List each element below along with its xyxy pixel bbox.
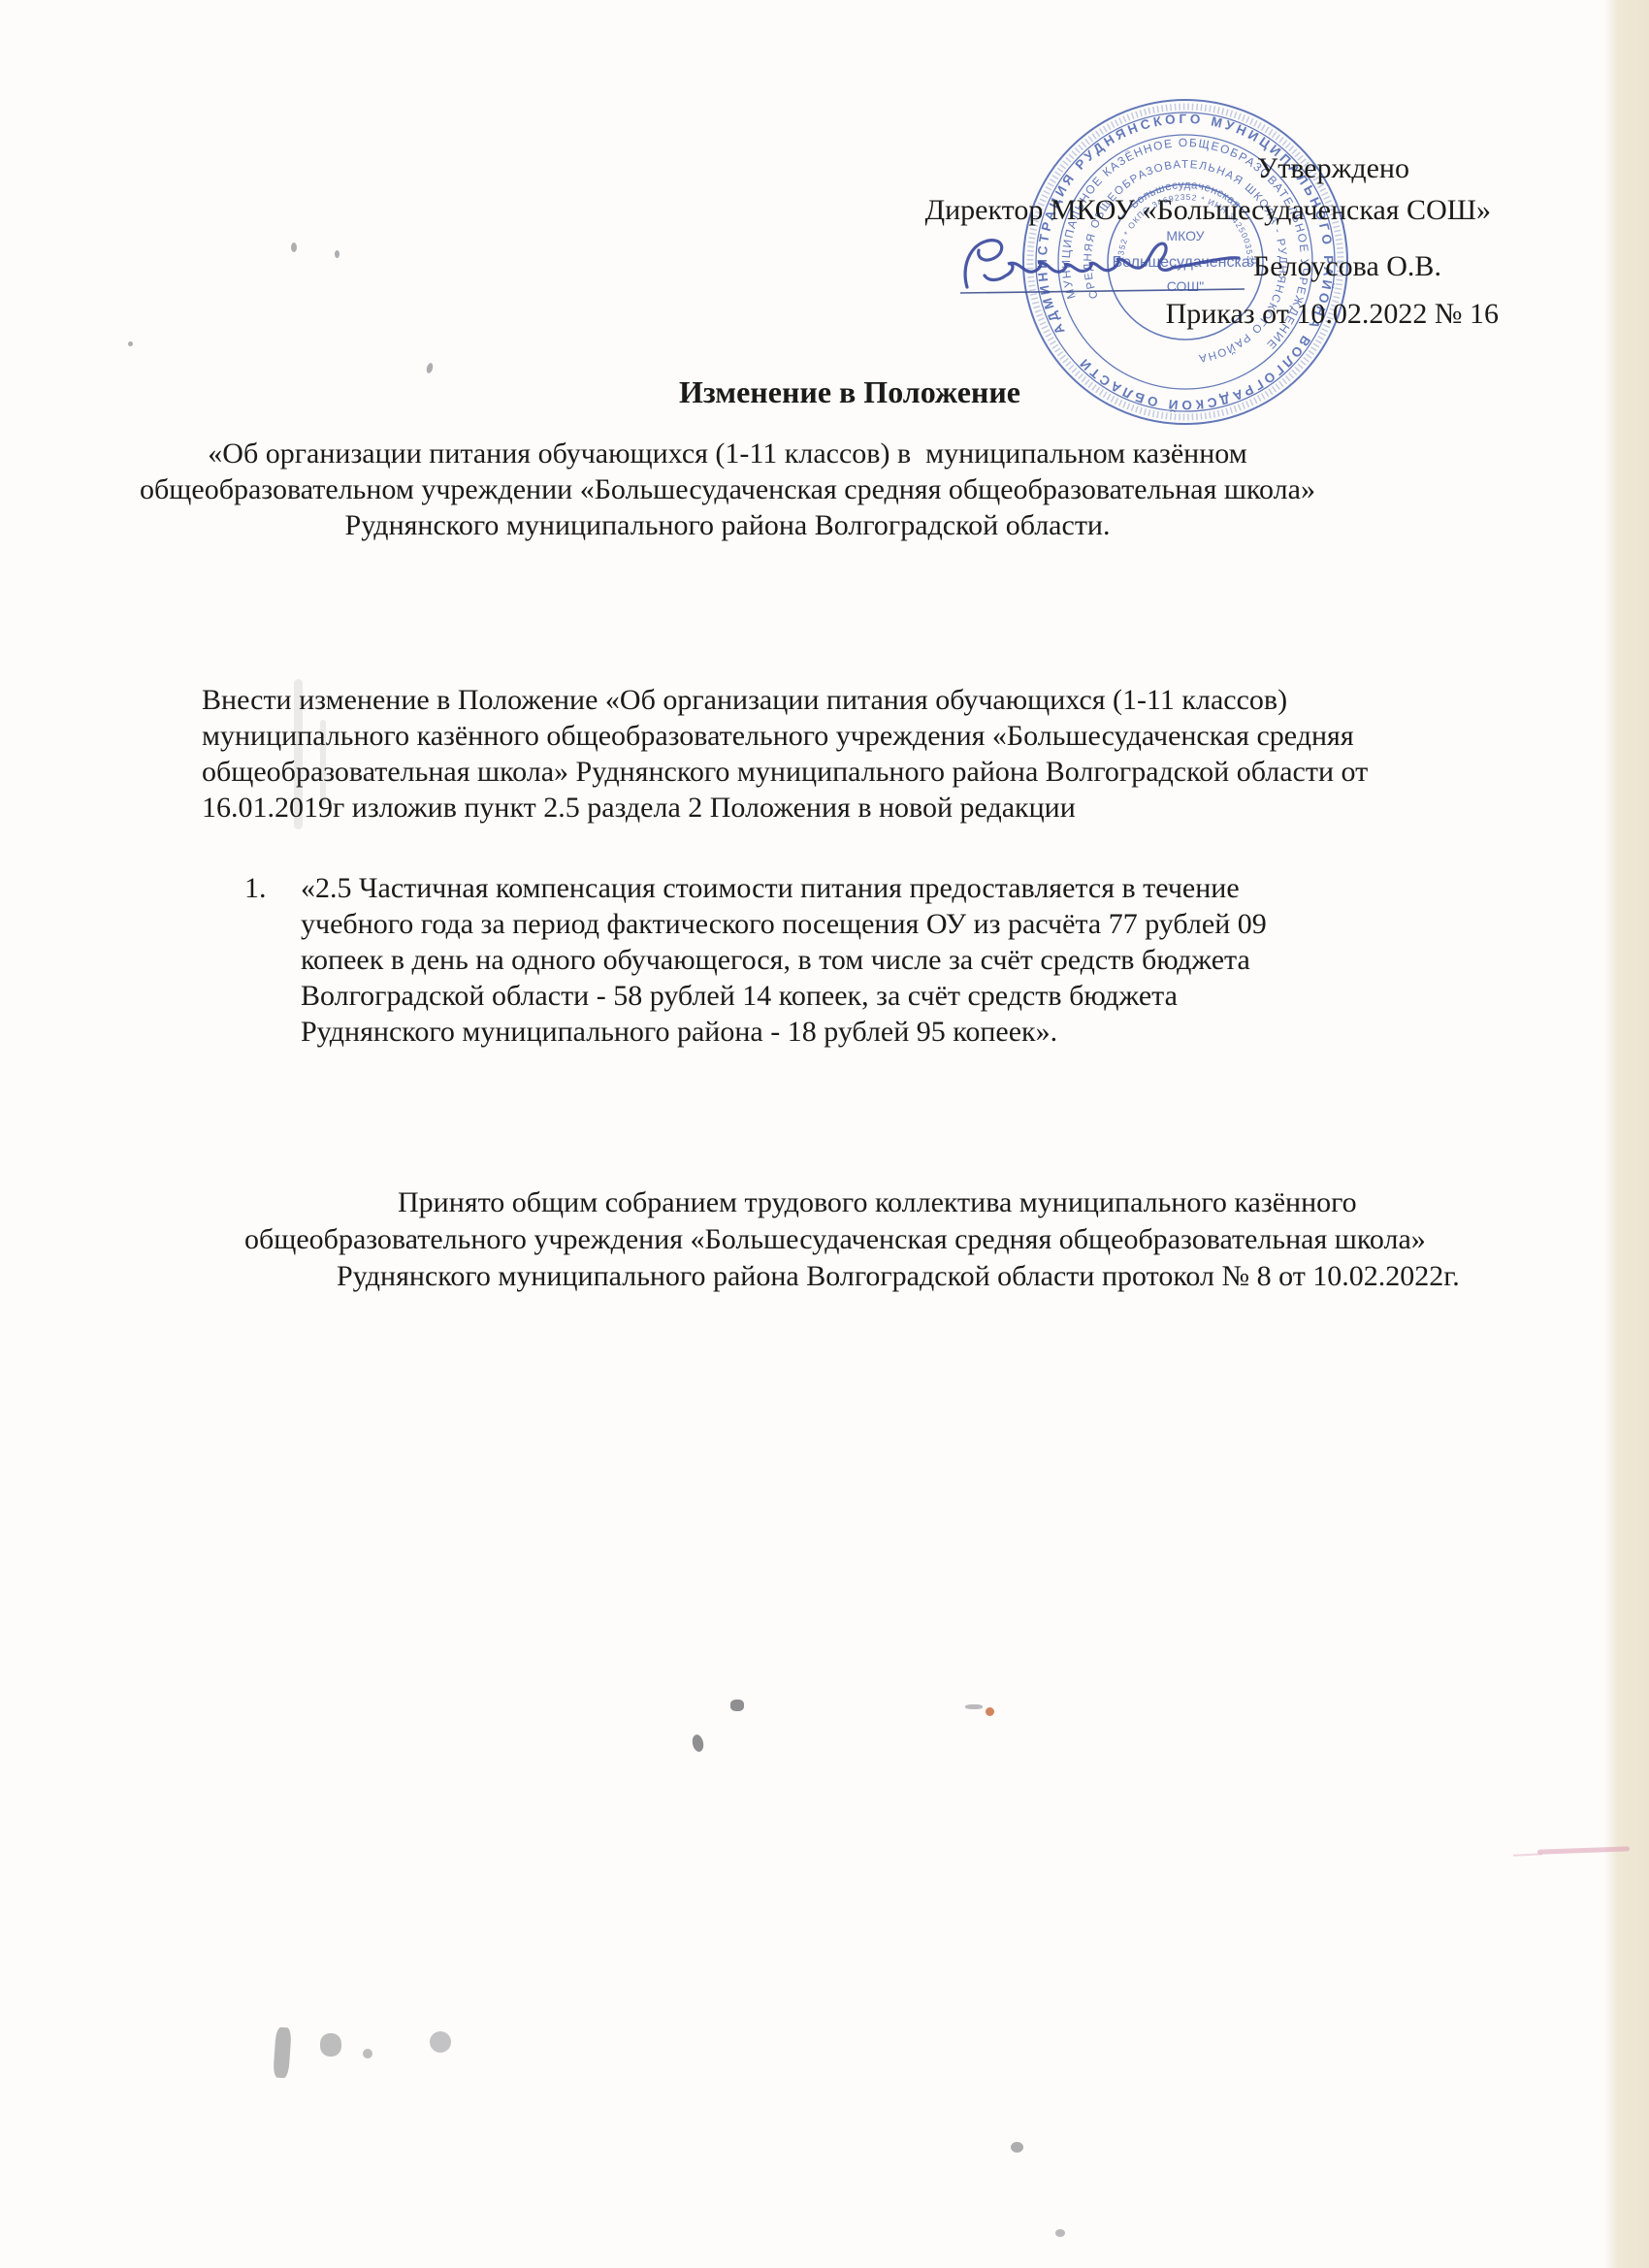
adoption-line: общеобразовательного учреждения «Большес… [244, 1222, 1426, 1257]
scan-speck [291, 243, 297, 252]
adoption-line: Принято общим собранием трудового коллек… [398, 1185, 1357, 1220]
scan-smudge [320, 2033, 341, 2057]
scan-speck [335, 250, 339, 258]
approved-label: Утверждено [1257, 151, 1409, 186]
scan-smudge [430, 2031, 451, 2053]
scan-speck [426, 362, 435, 373]
subtitle-line: Руднянского муниципального района Волгог… [19, 508, 1436, 543]
amendment-line: Руднянского муниципального района - 18 р… [301, 1015, 1057, 1050]
scan-smudge [273, 2027, 292, 2079]
scanned-document-page: АДМИНИСТРАЦИЯ РУДНЯНСКОГО МУНИЦИПАЛЬНОГО… [0, 0, 1649, 2268]
list-item-number: 1. [244, 871, 267, 906]
signature-line [960, 289, 1245, 293]
amendment-line: учебного года за период фактического пос… [301, 907, 1267, 942]
subtitle-line: «Об организации питания обучающихся (1-1… [19, 437, 1436, 471]
director-line: Директор МКОУ «Большесудаченская СОШ» [925, 193, 1491, 228]
body-line: общеобразовательная школа» Руднянского м… [202, 755, 1368, 790]
amendment-line: копеек в день на одного обучающегося, в … [301, 943, 1250, 978]
body-line: муниципального казённого общеобразовател… [202, 719, 1354, 754]
subtitle-line: общеобразовательном учреждении «Большесу… [19, 472, 1436, 507]
scan-speck [1011, 2142, 1023, 2153]
scan-speck [128, 341, 133, 346]
scan-speck [1055, 2229, 1065, 2237]
body-line: Внести изменение в Положение «Об организ… [202, 683, 1287, 718]
adoption-line: Руднянского муниципального района Волгог… [337, 1259, 1460, 1294]
document-title: Изменение в Положение [679, 374, 1020, 409]
scan-smudge [363, 2049, 372, 2058]
scan-speck [730, 1700, 744, 1711]
amendment-line: Волгоградской области - 58 рублей 14 коп… [301, 979, 1178, 1014]
amendment-line: «2.5 Частичная компенсация стоимости пит… [301, 871, 1240, 906]
body-line: 16.01.2019г изложив пункт 2.5 раздела 2 … [202, 791, 1076, 826]
pink-pen-mark-tail [1513, 1853, 1542, 1857]
director-name: Белоусова О.В. [1253, 249, 1441, 284]
signature-stroke [965, 241, 1239, 287]
scan-speck [965, 1704, 983, 1709]
order-line: Приказ от 10.02.2022 № 16 [1166, 297, 1499, 332]
director-signature [955, 231, 1251, 301]
scan-speck [986, 1707, 994, 1716]
scan-speck [691, 1733, 705, 1753]
scan-edge-strip [1604, 0, 1649, 2268]
